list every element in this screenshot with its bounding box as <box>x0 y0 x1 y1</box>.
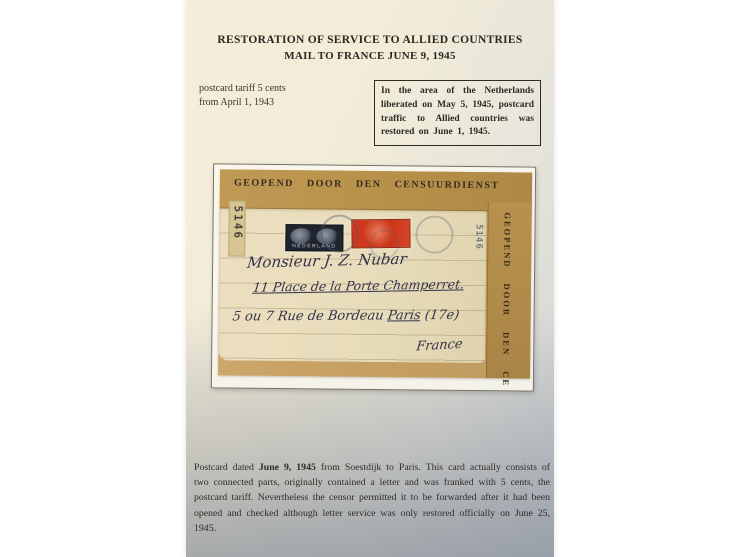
censor-strip-left: 5146 <box>228 200 246 256</box>
censor-tape-top-text: GEOPEND DOOR DEN CENSUURDIENST <box>234 178 500 192</box>
address-line-street-new: 5 ou 7 Rue de Bordeau Paris (17e) <box>232 308 461 325</box>
exhibit-album-page: RESTORATION OF SERVICE TO ALLIED COUNTRI… <box>186 0 554 557</box>
caption-date: June 9, 1945 <box>259 462 316 473</box>
censor-number-left: 5146 <box>231 206 244 241</box>
censored-postcard-cover: GEOPEND DOOR DEN CENSUURDIENST 5146 NEDE… <box>218 169 532 378</box>
address-line-country: France <box>415 337 463 355</box>
address-city-text: Paris <box>387 308 422 323</box>
caption-before-date: Postcard dated <box>194 462 259 473</box>
stamp-figure-left <box>290 228 312 244</box>
address-arrondissement-text: (17e) <box>420 308 461 323</box>
postmark-circle <box>320 214 358 252</box>
censor-tape-right-text: GEOPEND DOOR DEN CE <box>501 212 513 387</box>
tariff-note-line2: from April 1, 1943 <box>199 96 286 110</box>
address-street-text: 5 ou 7 Rue de Bordeau <box>232 308 389 324</box>
page-header: RESTORATION OF SERVICE TO ALLIED COUNTRI… <box>186 34 554 62</box>
postmark-circle <box>415 215 453 253</box>
info-box: In the area of the Netherlands liberated… <box>374 80 541 146</box>
cover-mount: GEOPEND DOOR DEN CENSUURDIENST 5146 NEDE… <box>211 163 536 391</box>
tariff-note: postcard tariff 5 cents from April 1, 19… <box>199 82 286 109</box>
exhibit-caption: Postcard dated June 9, 1945 from Soestdi… <box>194 460 550 536</box>
censor-tape-top: GEOPEND DOOR DEN CENSUURDIENST <box>220 169 532 211</box>
page-title-line2: MAIL TO FRANCE JUNE 9, 1945 <box>186 50 554 62</box>
censor-number-right: 5146 <box>473 224 483 250</box>
censor-tape-right: GEOPEND DOOR DEN CE <box>486 202 532 378</box>
page-title-line1: RESTORATION OF SERVICE TO ALLIED COUNTRI… <box>186 34 554 46</box>
tariff-note-line1: postcard tariff 5 cents <box>199 82 286 96</box>
